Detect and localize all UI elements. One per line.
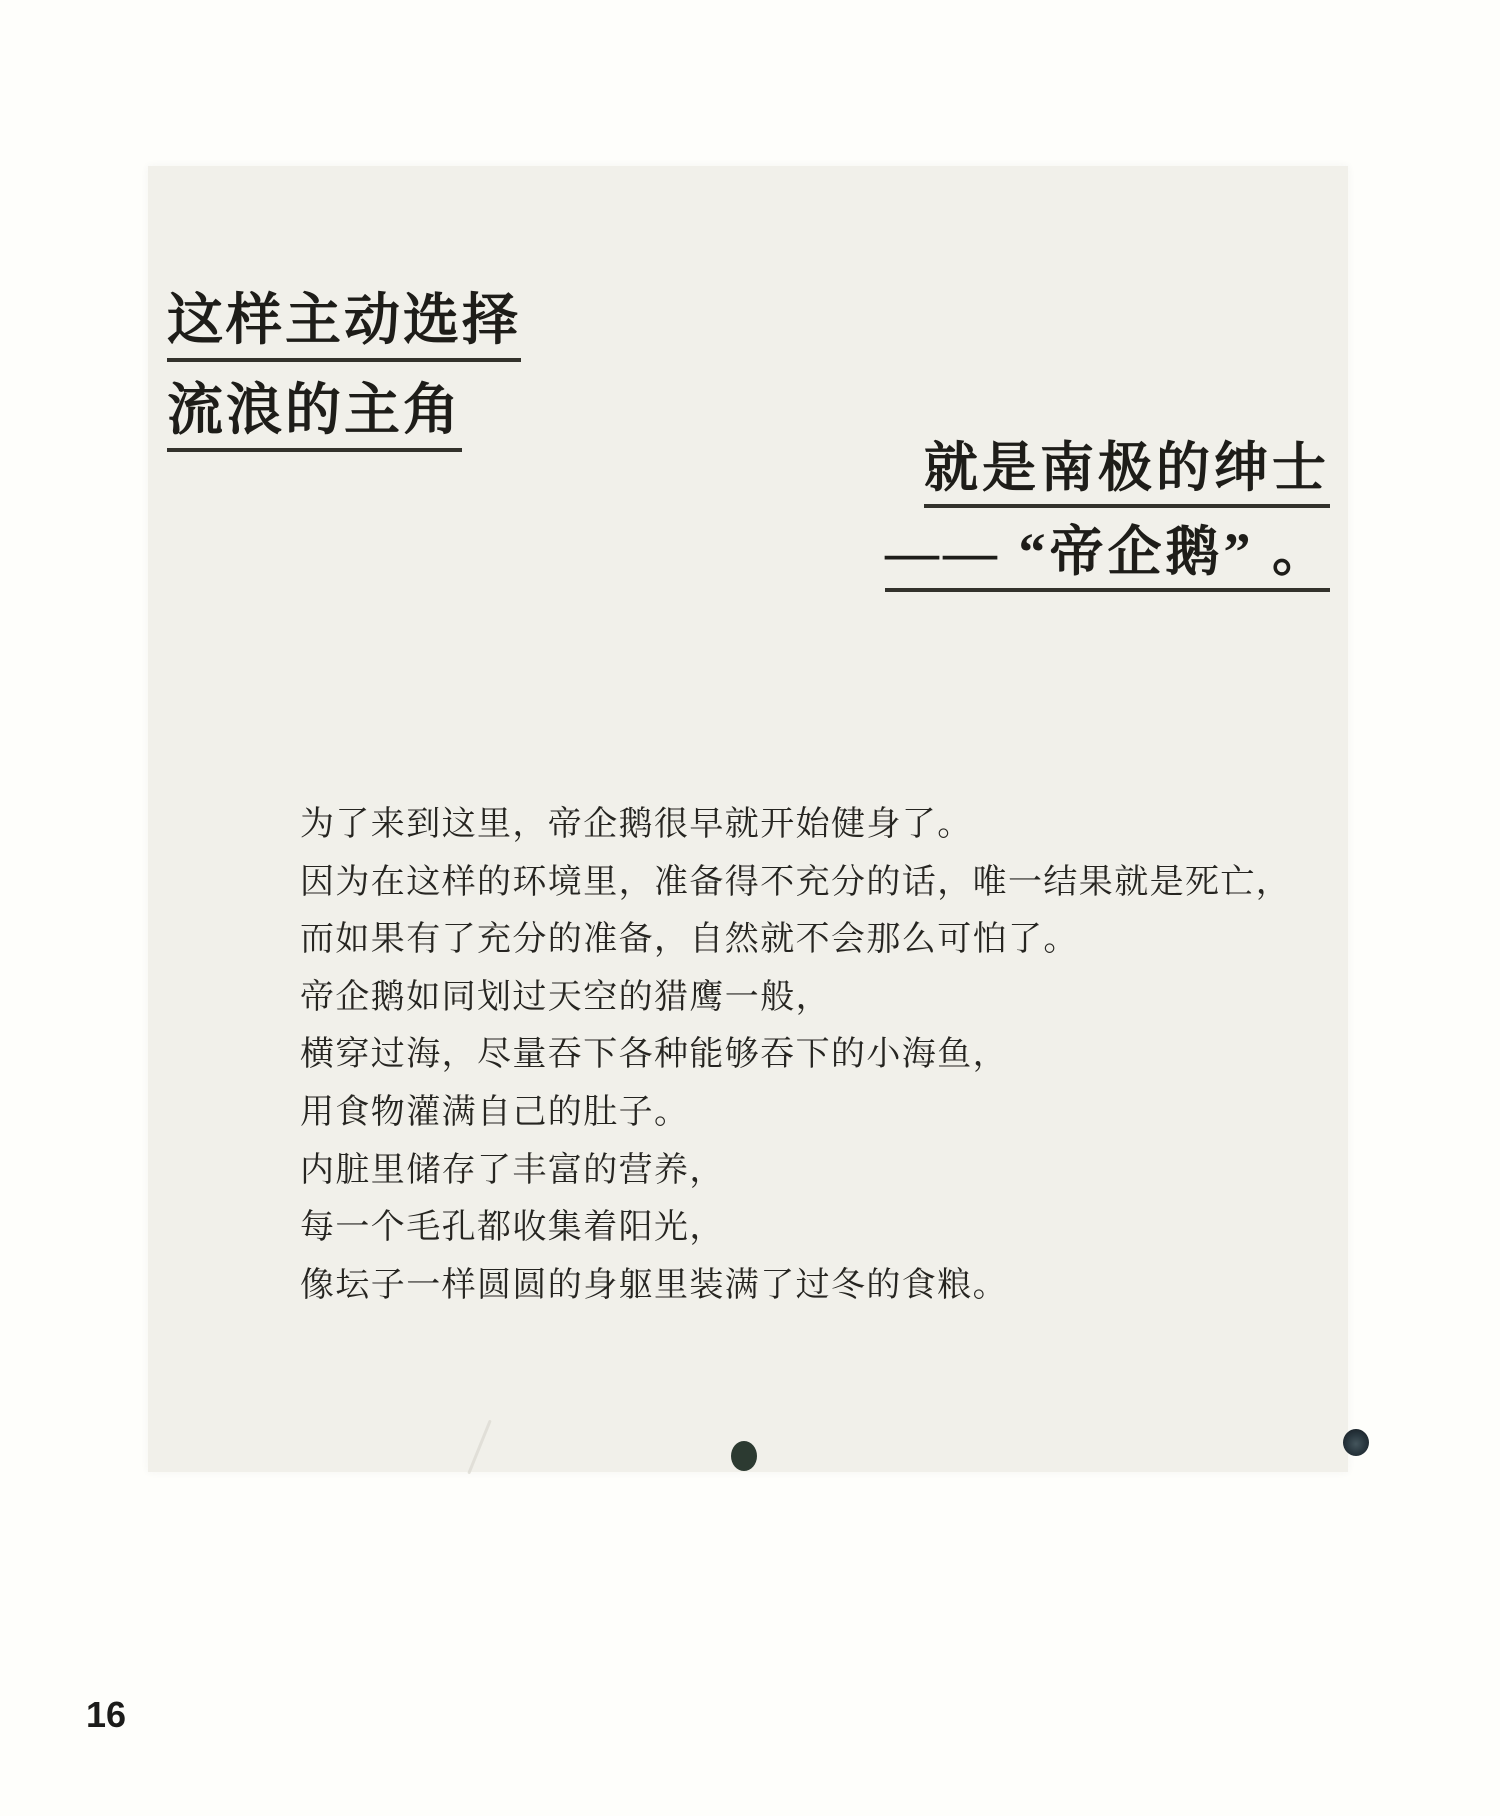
body-line: 而如果有了充分的准备，自然就不会那么可怕了。	[300, 911, 1320, 969]
heading-right-line1: 就是南极的绅士	[924, 441, 1330, 508]
body-line: 用食物灌满自己的肚子。	[300, 1084, 1320, 1142]
body-line: 因为在这样的环境里，准备得不充分的话，唯一结果就是死亡，	[300, 854, 1320, 912]
heading-left-row2: 流浪的主角	[167, 383, 521, 452]
body-line: 横穿过海，尽量吞下各种能够吞下的小海鱼，	[300, 1026, 1320, 1084]
heading-left-line2: 流浪的主角	[167, 383, 462, 452]
body-paragraph: 为了来到这里，帝企鹅很早就开始健身了。 因为在这样的环境里，准备得不充分的话，唯…	[300, 796, 1320, 1314]
heading-right-line2: —— “帝企鹅” 。	[885, 525, 1330, 592]
heading-left-line1: 这样主动选择	[167, 293, 521, 362]
heading-left: 这样主动选择 流浪的主角	[167, 293, 521, 473]
heading-right: 就是南极的绅士 —— “帝企鹅” 。	[885, 441, 1330, 609]
body-line: 每一个毛孔都收集着阳光，	[300, 1199, 1320, 1257]
heading-left-row1: 这样主动选择	[167, 293, 521, 362]
body-line: 为了来到这里，帝企鹅很早就开始健身了。	[300, 796, 1320, 854]
heading-right-row2: —— “帝企鹅” 。	[885, 525, 1330, 592]
body-line: 内脏里储存了丰富的营养，	[300, 1142, 1320, 1200]
registration-dot-right	[1343, 1429, 1369, 1456]
body-line: 像坛子一样圆圆的身躯里装满了过冬的食粮。	[300, 1257, 1320, 1315]
registration-dot-center	[731, 1441, 757, 1471]
scanned-book-page: 这样主动选择 流浪的主角 就是南极的绅士 —— “帝企鹅” 。 为了来到这里，帝…	[0, 0, 1500, 1816]
heading-right-row1: 就是南极的绅士	[885, 441, 1330, 508]
page-number: 16	[86, 1694, 126, 1736]
body-line: 帝企鹅如同划过天空的猎鹰一般，	[300, 969, 1320, 1027]
